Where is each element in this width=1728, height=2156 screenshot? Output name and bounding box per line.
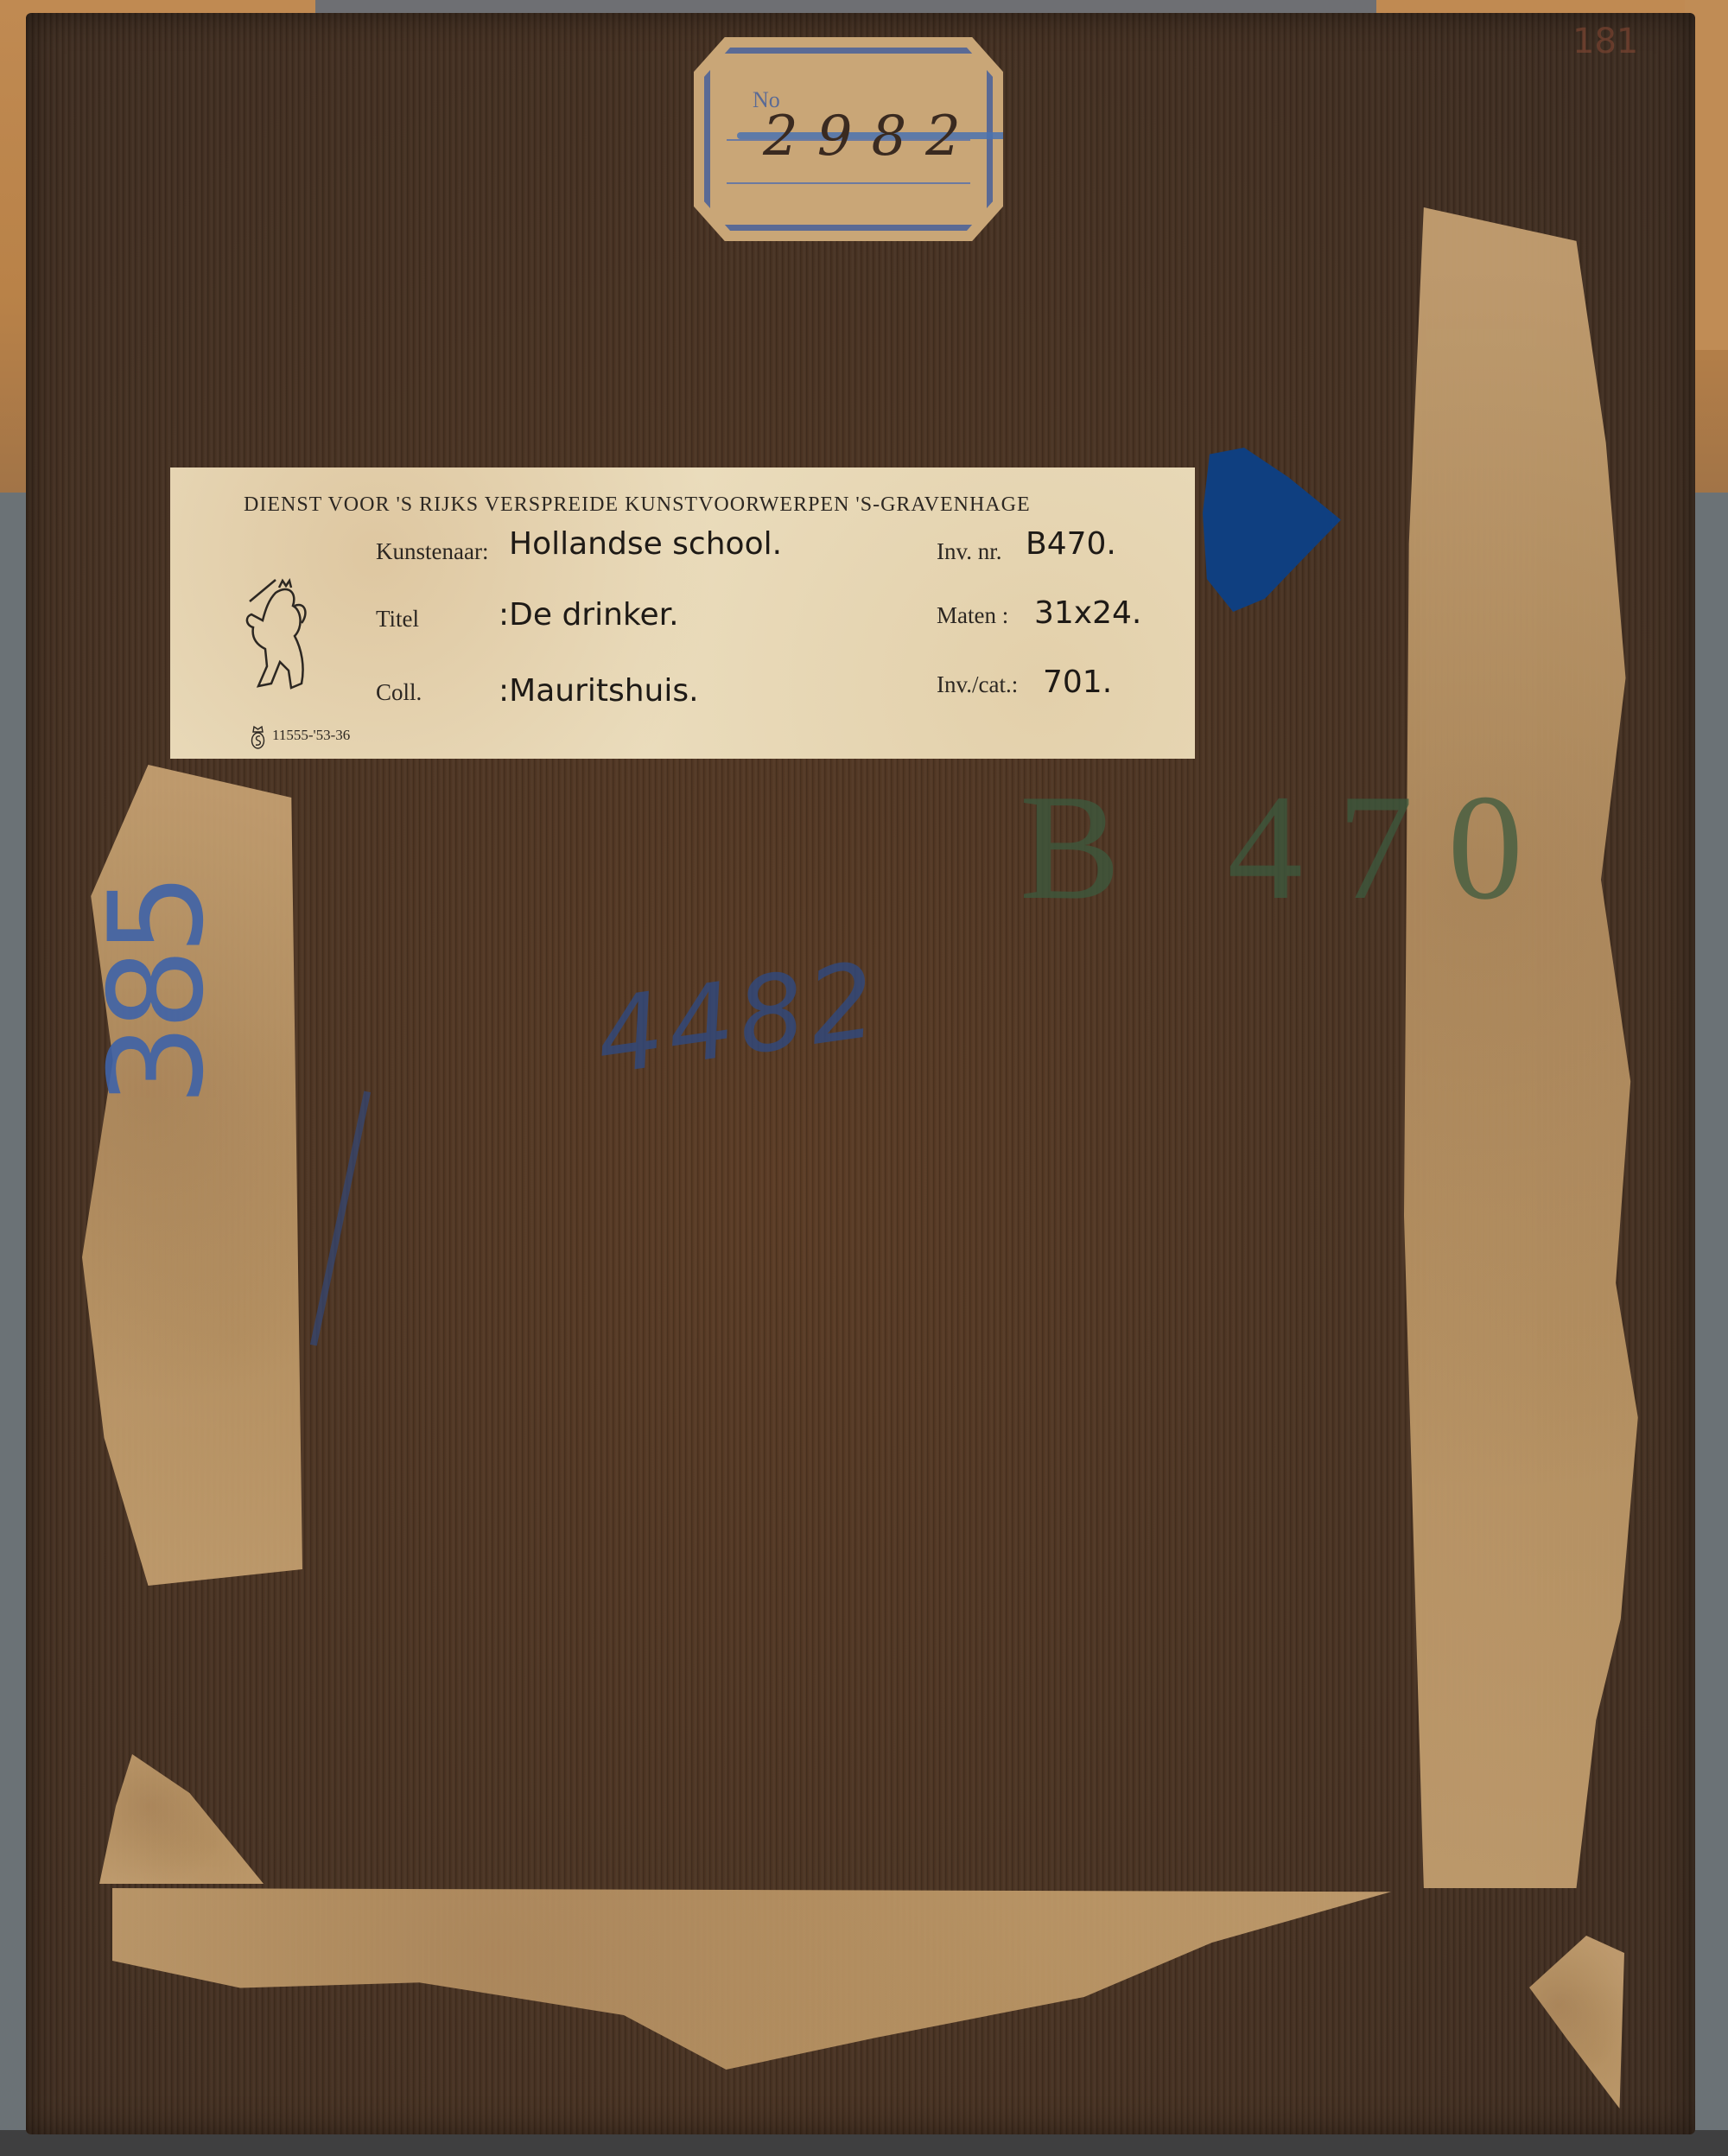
field-value-artist: Hollandse school. — [509, 526, 782, 562]
collection-label: DIENST VOOR 'S RIJKS VERSPREIDE KUNSTVOO… — [170, 467, 1195, 759]
field-value-dimensions: 31x24. — [1034, 595, 1141, 631]
inscription-green-right: B 470 — [1020, 760, 1558, 934]
field-value-collection: :Mauritshuis. — [499, 673, 699, 709]
lion-rampant-icon — [241, 576, 310, 696]
inscription-blue-left: 385 — [82, 880, 232, 1106]
inscription-red-top-right: 181 — [1572, 22, 1638, 61]
field-label-artist: Kunstenaar: — [376, 538, 488, 565]
tag-rule-line — [727, 182, 970, 184]
tag-number-value: 2982 — [763, 105, 980, 169]
field-label-collection: Coll. — [376, 679, 422, 706]
field-value-catalog: 701. — [1043, 665, 1112, 700]
field-label-inventory-number: Inv. nr. — [937, 538, 1002, 565]
field-value-inventory-number: B470. — [1026, 526, 1116, 562]
field-label-title: Titel — [376, 606, 419, 633]
number-tag: No 2982 — [694, 37, 1003, 241]
label-header: DIENST VOOR 'S RIJKS VERSPREIDE KUNSTVOO… — [244, 493, 1031, 517]
field-value-title: :De drinker. — [499, 597, 679, 633]
field-label-catalog: Inv./cat.: — [937, 671, 1018, 698]
crown-monogram-icon — [251, 724, 265, 750]
label-stamp-code: 11555-'53-36 — [272, 727, 350, 744]
field-label-dimensions: Maten : — [937, 602, 1008, 629]
